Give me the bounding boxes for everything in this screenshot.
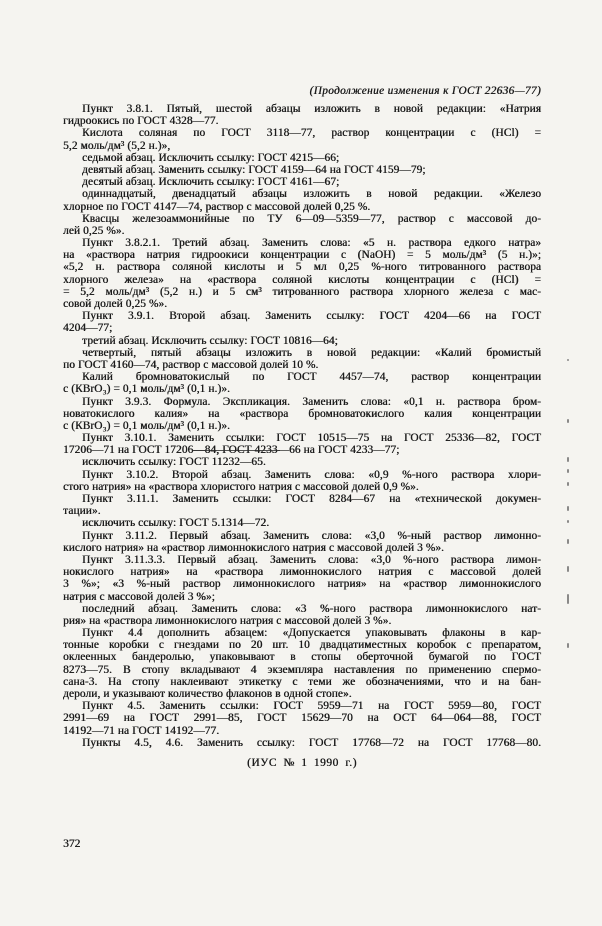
scan-speck — [567, 457, 569, 462]
text-line: четвертый, пятый абзацы изложить в новой… — [63, 347, 541, 359]
text-line: последний абзац. Заменить слова: «3 %-но… — [63, 603, 541, 615]
text-line: по ГОСТ 4160—74, раствор с массовой доле… — [63, 359, 541, 371]
text-line: хлорное по ГОСТ 4147—74, раствор с массо… — [63, 201, 541, 213]
text-line: Кислота соляная по ГОСТ 3118—77, раствор… — [63, 127, 541, 139]
text-line: исключить ссылку: ГОСТ 5.1314—72. — [63, 517, 541, 529]
text-line: Калий бромноватокислый по ГОСТ 4457—74, … — [63, 371, 541, 383]
text-line: 8273—75. В стопу вкладывают 4 экземпляра… — [63, 664, 541, 676]
text-line: Пункт 4.5. Заменить ссылки: ГОСТ 5959—71… — [63, 700, 541, 712]
text-line: сана-3. На стопу наклеивают этикетку с т… — [63, 676, 541, 688]
text-line: Пункт 4.4 дополнить абзацем: «Допускаетс… — [63, 627, 541, 639]
scan-speck — [567, 482, 569, 486]
text-line: 3 %»; «3 %-ный раствор лимоннокислого на… — [63, 578, 541, 590]
text-line: седьмой абзац. Исключить ссылку: ГОСТ 42… — [63, 152, 541, 164]
page-number: 372 — [63, 838, 80, 850]
text-line: тации». — [63, 505, 541, 517]
text-line: Пункт 3.10.1. Заменить ссылки: ГОСТ 1051… — [63, 432, 541, 444]
text-line: Пункт 3.9.1. Второй абзац. Заменить ссыл… — [63, 310, 541, 322]
text-line: 4204—77; — [63, 322, 541, 334]
text-line: Пункт 3.8.1. Пятый, шестой абзацы изложи… — [63, 103, 541, 115]
text-line: лей 0,25 %». — [63, 225, 541, 237]
text-line: Пункт 3.11.2. Первый абзац. Заменить сло… — [63, 530, 541, 542]
text-line: Пункт 3.11.1. Заменить ссылки: ГОСТ 8284… — [63, 493, 541, 505]
text-line: третий абзац. Исключить ссылку: ГОСТ 108… — [63, 335, 541, 347]
text-line: одиннадцатый, двенадцатый абзацы изложит… — [63, 188, 541, 200]
scan-strike-artifact — [193, 450, 280, 451]
text-line: «5,2 н. раствора соляной кислоты и 5 мл … — [63, 261, 541, 273]
text-line: Пункт 3.11.3.3. Первый абзац. Заменить с… — [63, 554, 541, 566]
text-line: десятый абзац. Исключить ссылку: ГОСТ 41… — [63, 176, 541, 188]
scan-speck — [567, 359, 569, 361]
text-line: 5,2 моль/дм³ (5,2 н.)», — [63, 140, 541, 152]
amendment-text-body: Пункт 3.8.1. Пятый, шестой абзацы изложи… — [63, 103, 541, 749]
text-line: 14192—71 на ГОСТ 14192—77. — [63, 725, 541, 737]
text-line: 17206—71 на ГОСТ 17206—84, ГОСТ 4233—66 … — [63, 444, 541, 456]
scan-speck — [567, 643, 569, 648]
text-line: тонные коробки с гнездами по 20 шт. 10 д… — [63, 639, 541, 651]
text-line: Пункт 3.9.3. Формула. Экспликация. Замен… — [63, 396, 541, 408]
text-line: Пункт 3.10.2. Второй абзац. Заменить сло… — [63, 469, 541, 481]
text-line: Пункт 3.8.2.1. Третий абзац. Заменить сл… — [63, 237, 541, 249]
scan-speck — [567, 419, 569, 423]
scanned-document-page: (Продолжение изменения к ГОСТ 22636—77) … — [0, 0, 602, 926]
text-line: нокислого натрия» на «раствора лимонноки… — [63, 566, 541, 578]
text-line: = 5,2 моль/дм³ (5,2 н.) и 5 см³ титрован… — [63, 286, 541, 298]
text-line: хлорного железа» на «раствора соляной ки… — [63, 274, 541, 286]
text-line: дероли, и указывают количество флаконов … — [63, 688, 541, 700]
scan-speck — [567, 594, 569, 604]
text-line: новатокислого калия» на «раствора бромно… — [63, 408, 541, 420]
text-line: натрия с массовой долей 3 %»; — [63, 591, 541, 603]
text-line: стого натрия» на «раствора хлористого на… — [63, 481, 541, 493]
text-line: кислого натрия» на «раствор лимоннокисло… — [63, 542, 541, 554]
text-line: Квасцы железоаммонийные по ТУ 6—09—5359—… — [63, 213, 541, 225]
header-continuation-note: (Продолжение изменения к ГОСТ 22636—77) — [63, 85, 541, 97]
scan-speck — [567, 469, 569, 473]
scan-speck — [567, 566, 569, 572]
text-line: оклеенных бандеролью, упаковывают в стоп… — [63, 651, 541, 663]
text-line: гидроокись по ГОСТ 4328—77. — [63, 115, 541, 127]
text-line: девятый абзац. Заменить ссылку: ГОСТ 415… — [63, 164, 541, 176]
scan-speck — [567, 539, 569, 544]
text-line: с (КBrО₃) = 0,1 моль/дм³ (0,1 н.)». — [63, 383, 541, 395]
text-line: с (КBrО₃) = 0,1 моль/дм³ (0,1 н.)». — [63, 420, 541, 432]
text-line: совой долей 0,25 %». — [63, 298, 541, 310]
text-line: на «раствора натрия гидроокиси концентра… — [63, 249, 541, 261]
text-line: исключить ссылку: ГОСТ 11232—65. — [63, 456, 541, 468]
scan-speck — [567, 520, 569, 523]
text-line: рия» на «раствора лимоннокислого натрия … — [63, 615, 541, 627]
text-line: 2991—69 на ГОСТ 2991—85, ГОСТ 15629—70 н… — [63, 712, 541, 724]
scan-speck — [567, 506, 569, 511]
text-line: Пункты 4.5, 4.6. Заменить ссылку: ГОСТ 1… — [63, 737, 541, 749]
source-note: (ИУС № 1 1990 г.) — [63, 757, 541, 769]
